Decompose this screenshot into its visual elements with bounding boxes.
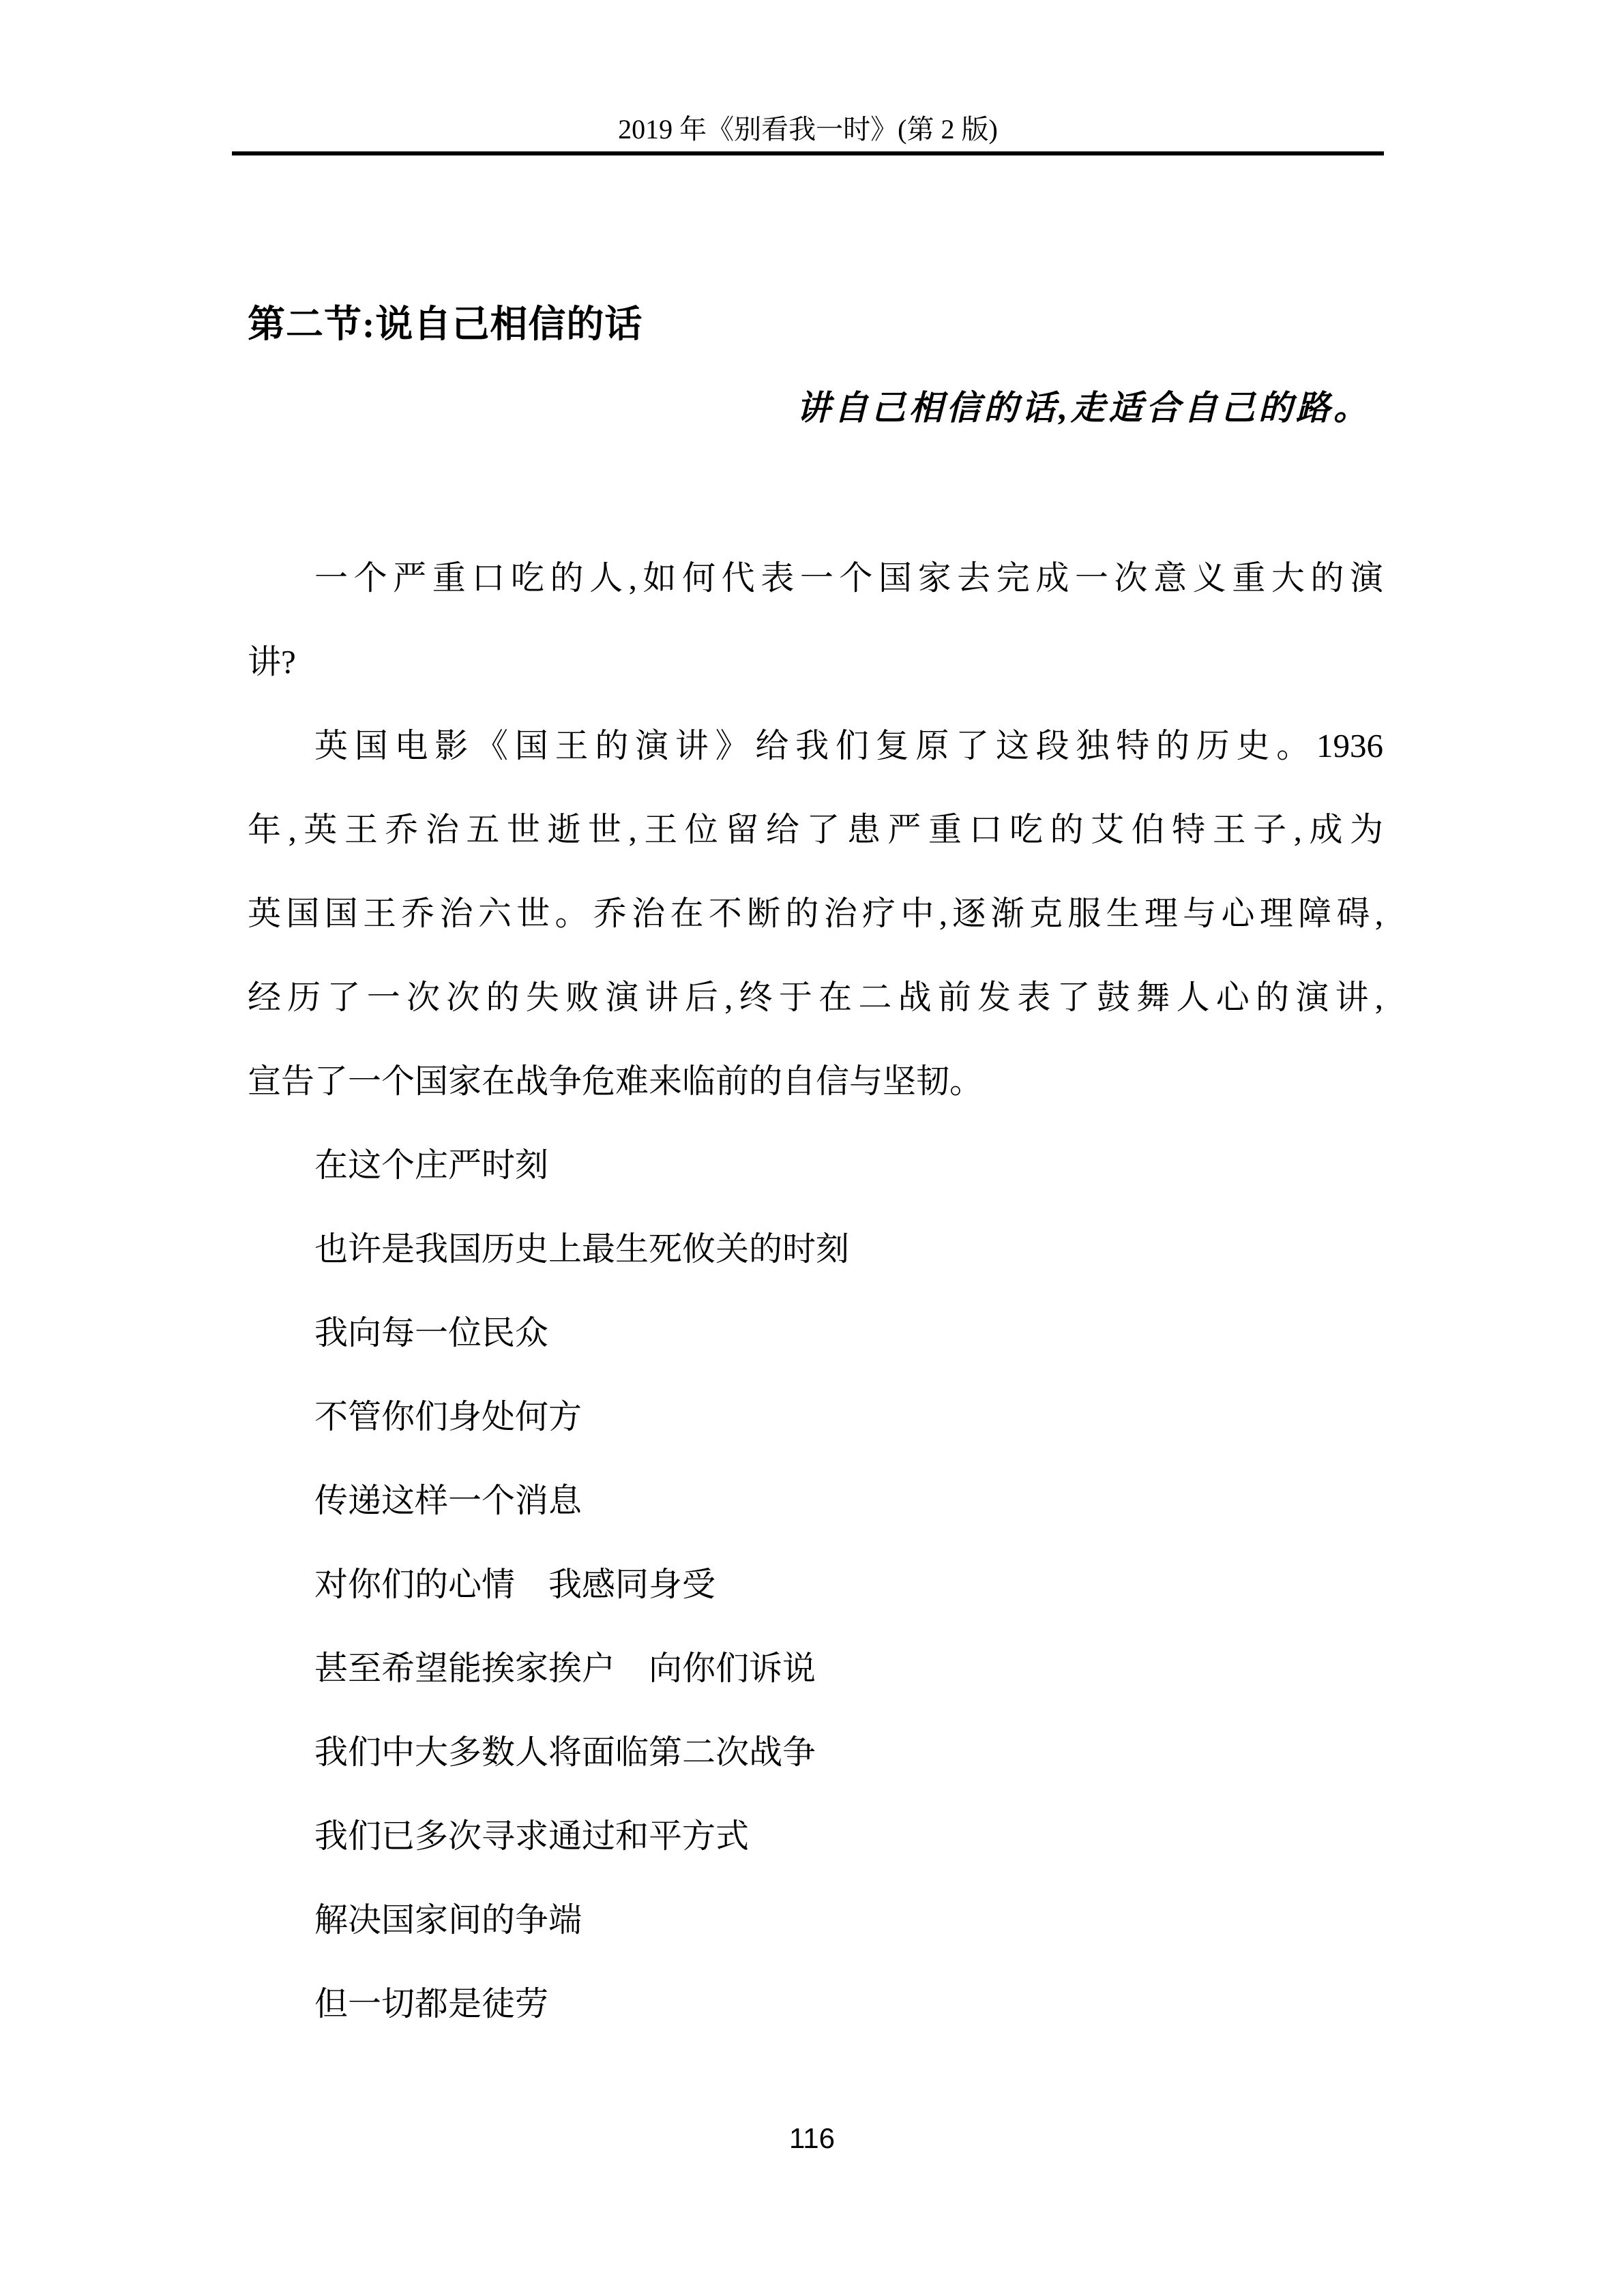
- paragraph-line: 讲?: [248, 620, 1383, 704]
- speech-line: 不管你们身处何方: [248, 1375, 1383, 1459]
- paragraph-line: 经历了一次次的失败演讲后,终于在二战前发表了鼓舞人心的演讲,: [248, 955, 1383, 1039]
- header-text: 2019 年《别看我一时》(第 2 版): [618, 114, 998, 145]
- speech-line: 解决国家间的争端: [248, 1878, 1383, 1962]
- paragraph-line: 年,英王乔治五世逝世,王位留给了患严重口吃的艾伯特王子,成为: [248, 788, 1383, 871]
- speech-line: 甚至希望能挨家挨户 向你们诉说: [248, 1626, 1383, 1710]
- speech-line: 对你们的心情 我感同身受: [248, 1542, 1383, 1626]
- paragraph-line: 英国国王乔治六世。乔治在不断的治疗中,逐渐克服生理与心理障碍,: [248, 871, 1383, 955]
- body: 一个严重口吃的人,如何代表一个国家去完成一次意义重大的演讲?英国电影《国王的演讲…: [248, 536, 1383, 2046]
- paragraph-line: 一个严重口吃的人,如何代表一个国家去完成一次意义重大的演: [248, 536, 1383, 620]
- speech-line: 我们中大多数人将面临第二次战争: [248, 1710, 1383, 1794]
- speech-line: 也许是我国历史上最生死攸关的时刻: [248, 1207, 1383, 1291]
- speech-line: 在这个庄严时刻: [248, 1123, 1383, 1207]
- speech-line: 但一切都是徒劳: [248, 1962, 1383, 2046]
- paragraph-line: 英国电影《国王的演讲》给我们复原了这段独特的历史。1936: [248, 704, 1383, 788]
- speech-line: 传递这样一个消息: [248, 1459, 1383, 1542]
- page-number: 116: [789, 2122, 835, 2154]
- speech-line: 我们已多次寻求通过和平方式: [248, 1794, 1383, 1878]
- section-title: 第二节:说自己相信的话: [248, 304, 643, 346]
- paragraph-line: 宣告了一个国家在战争危难来临前的自信与坚韧。: [248, 1039, 1383, 1123]
- page-footer: 116: [0, 2122, 1624, 2155]
- page-header: 2019 年《别看我一时》(第 2 版): [232, 115, 1384, 155]
- document-page: 2019 年《别看我一时》(第 2 版) 第二节:说自己相信的话 讲自己相信的话…: [0, 0, 1624, 2296]
- epigraph-quote: 讲自己相信的话,走适合自己的路。: [248, 386, 1371, 430]
- speech-line: 我向每一位民众: [248, 1291, 1383, 1375]
